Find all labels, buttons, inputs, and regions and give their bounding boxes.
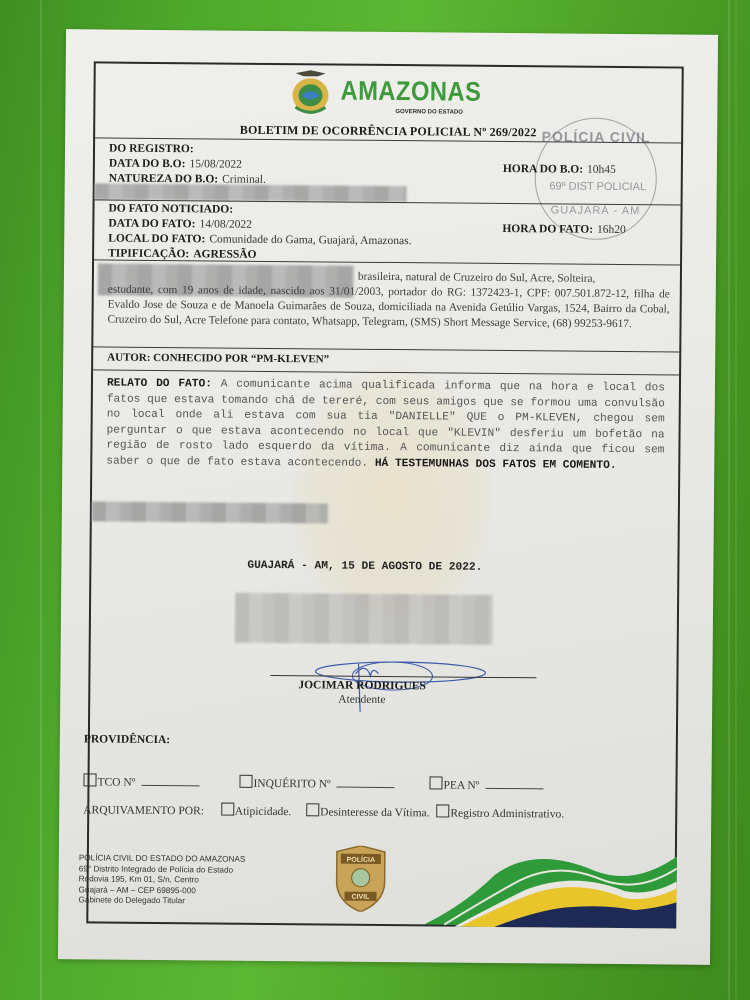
inquerito-option[interactable]: INQUÉRITO Nº: [239, 775, 394, 791]
stamp-middle-text: 69º DIST POLICIAL: [534, 180, 662, 193]
bo-time: HORA DO B.O: 10h45: [503, 159, 616, 178]
tco-option[interactable]: TCO Nº: [83, 773, 199, 789]
comunicante-details: estudante, com 19 anos de idade, nascido…: [107, 283, 669, 334]
signer-role: Atendente: [338, 694, 385, 706]
arquivamento-row: ARQUIVAMENTO POR: Atipicidade. Desintere…: [83, 801, 564, 820]
footer-line: Gabinete do Delegado Titular: [78, 895, 245, 907]
svg-text:POLÍCIA: POLÍCIA: [347, 855, 375, 864]
desinteresse-option[interactable]: Desinteresse da Vítima.: [306, 806, 429, 819]
bo-time-label: HORA DO B.O:: [503, 163, 583, 176]
providencia-title: PROVIDÊNCIA:: [84, 733, 170, 746]
desinteresse-checkbox[interactable]: [306, 803, 319, 816]
typification-label: TIPIFICAÇÃO:: [108, 248, 189, 261]
brand-name: AMAZONAS: [340, 76, 481, 108]
amazonas-coat-of-arms-icon: [285, 67, 335, 117]
registro-adm-option[interactable]: Registro Administrativo.: [436, 807, 564, 820]
fato-location-value: Comunidade do Gama, Guajará, Amazonas.: [209, 233, 411, 247]
typification-value: AGRESSÃO: [193, 248, 256, 261]
registro-section: DO REGISTRO: DATA DO B.O: 15/08/2022 NAT…: [109, 142, 267, 187]
registro-adm-label: Registro Administrativo.: [450, 808, 564, 821]
stamp-bottom-text: GUAJARÁ - AM: [535, 204, 655, 217]
pea-number-field[interactable]: [485, 788, 543, 790]
pea-option[interactable]: PEA Nº: [429, 776, 543, 792]
tco-label: TCO Nº: [97, 776, 135, 788]
police-report-document: AMAZONAS GOVERNO DO ESTADO BOLETIM DE OC…: [58, 29, 718, 965]
desinteresse-label: Desinteresse da Vítima.: [320, 806, 429, 819]
author-label: AUTOR: CONHECIDO POR “PM-KLEVEN”: [107, 352, 329, 366]
bo-date-value: 15/08/2022: [189, 158, 241, 170]
fato-time-label: HORA DO FATO:: [502, 223, 593, 236]
svg-text:CIVIL: CIVIL: [352, 894, 371, 901]
footer-address: POLÍCIA CIVIL DO ESTADO DO AMAZONAS 69° …: [78, 853, 245, 907]
fato-time: HORA DO FATO: 16h20: [502, 219, 626, 238]
relato-label: RELATO DO FATO:: [107, 378, 212, 391]
pea-label: PEA Nº: [443, 779, 479, 791]
atipicidade-option[interactable]: Atipicidade.: [221, 806, 292, 819]
relato-text: A comunicante acima qualificada informa …: [106, 379, 665, 470]
inquerito-label: INQUÉRITO Nº: [253, 778, 330, 791]
flag-wave-decoration-icon: [424, 844, 677, 928]
signer-name: JOCIMAR RODRIGUES: [298, 679, 426, 692]
pea-checkbox[interactable]: [429, 776, 442, 789]
bo-date-label: DATA DO B.O:: [109, 158, 186, 171]
bo-time-value: 10h45: [587, 164, 616, 176]
fato-section: DO FATO NOTICIADO: DATA DO FATO: 14/08/2…: [108, 202, 412, 264]
footer-line: Rodovia 195, Km 01, S/n, Centro: [79, 874, 246, 886]
tco-checkbox[interactable]: [83, 773, 96, 786]
atipicidade-label: Atipicidade.: [235, 806, 292, 818]
footer-line: POLÍCIA CIVIL DO ESTADO DO AMAZONAS: [79, 853, 246, 865]
fato-time-value: 16h20: [597, 224, 626, 236]
stamp-top-text: POLÍCIA CIVIL: [536, 128, 656, 145]
inquerito-number-field[interactable]: [337, 787, 395, 789]
arquivamento-label: ARQUIVAMENTO POR:: [83, 804, 204, 817]
policia-civil-badge-icon: POLÍCIA CIVIL: [332, 846, 389, 912]
inquerito-checkbox[interactable]: [239, 775, 252, 788]
atipicidade-checkbox[interactable]: [221, 803, 234, 816]
place-date: GUAJARÁ - AM, 15 DE AGOSTO DE 2022.: [247, 559, 482, 577]
relato-section: RELATO DO FATO: A comunicante acima qual…: [106, 377, 665, 475]
fato-date-label: DATA DO FATO:: [108, 218, 195, 231]
document-frame: AMAZONAS GOVERNO DO ESTADO BOLETIM DE OC…: [86, 61, 683, 928]
tco-number-field[interactable]: [141, 785, 199, 787]
registro-adm-checkbox[interactable]: [436, 804, 449, 817]
brand-subtitle: GOVERNO DO ESTADO: [395, 109, 463, 116]
redacted-field: [235, 593, 493, 645]
relato-emphasis: HÁ TESTEMUNHAS DOS FATOS EM COMENTO.: [375, 457, 617, 471]
redacted-field: [92, 501, 328, 523]
